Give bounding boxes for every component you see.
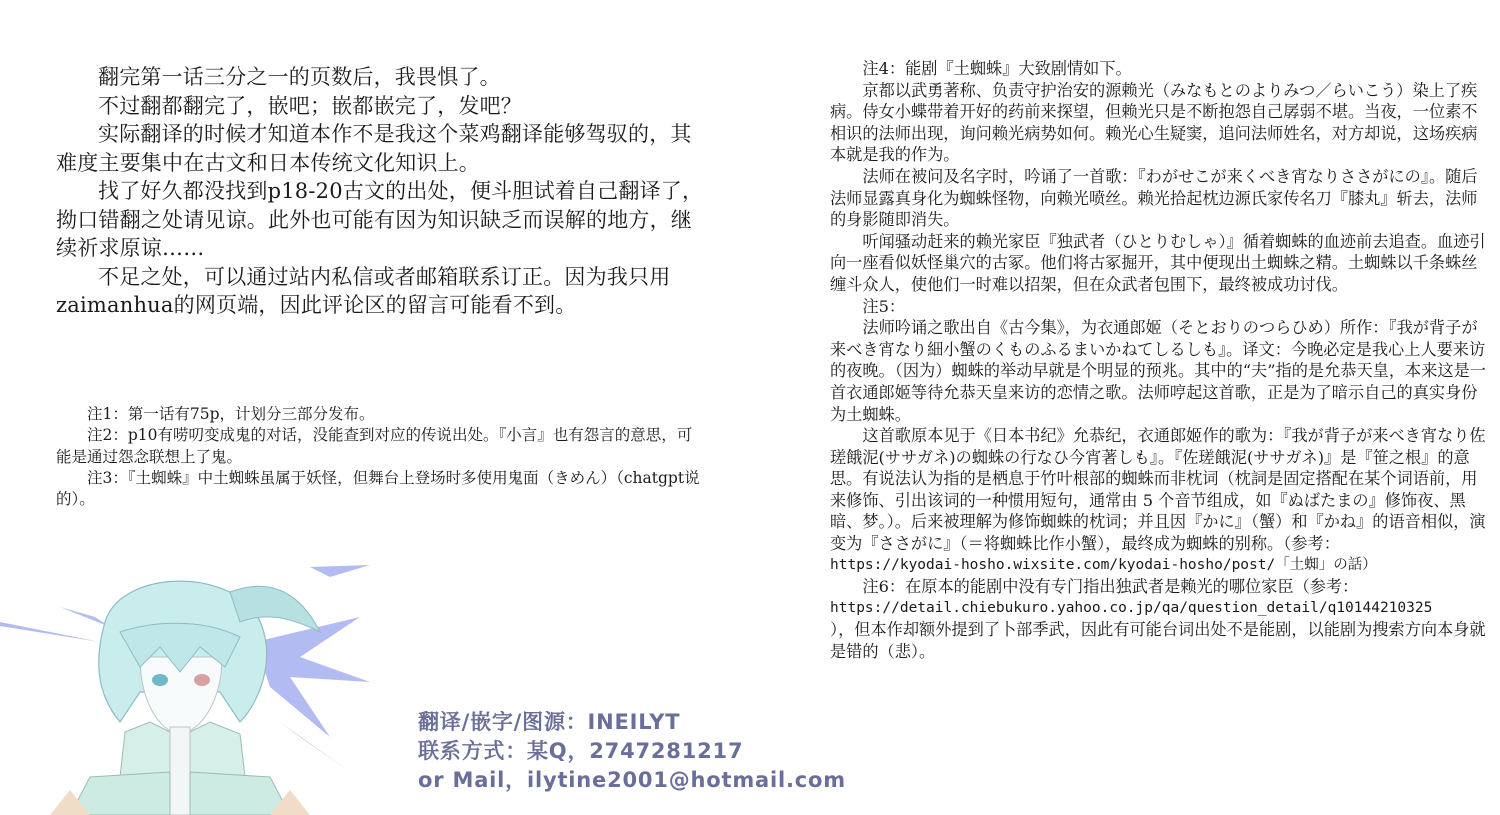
note-5-poem-source: 法师吟诵之歌出自《古今集》，为衣通郎姬（そとおりのつらひめ）所作：『我が背子が来… — [830, 317, 1490, 425]
note-6-continued: ），但本作却额外提到了卜部季武，因此有可能台词出处不是能剧，以能剧为搜索方向本身… — [830, 619, 1490, 662]
right-page: 注4：能剧『土蜘蛛』大致剧情如下。 京都以武勇著称、负责守护治安的源赖光（みなも… — [750, 0, 1500, 815]
note-4-plot-part-1: 京都以武勇著称、负责守护治安的源赖光（みなもとのよりみつ／らいこう）染上了疾病。… — [830, 80, 1490, 166]
intro-paragraph: 找了好久都没找到p18-20古文的出处，便斗胆试着自己翻译了，拗口错翻之处请见谅… — [56, 177, 706, 263]
note-2: 注2：p10有唠叨变成鬼的对话，没能查到对应的传说出处。『小言』也有怨言的意思，… — [56, 425, 706, 468]
intro-paragraph: 不过翻都翻完了，嵌吧；嵌都嵌完了，发吧？ — [56, 92, 706, 121]
note-3: 注3：『土蜘蛛』中土蜘蛛虽属于妖怪，但舞台上登场时多使用鬼面（きめん）（chat… — [56, 468, 706, 511]
note-6-reference-link[interactable]: https://detail.chiebukuro.yahoo.co.jp/qa… — [830, 598, 1490, 620]
note-4-plot-part-2: 法师在被问及名字时，吟诵了一首歌：『わがせこが来くべき宵なりささがにの』。随后法… — [830, 166, 1490, 231]
note-6: 注6：在原本的能剧中没有专门指出独武者是赖光的哪位家臣（参考： — [830, 576, 1490, 598]
translator-intro: 翻完第一话三分之一的页数后，我畏惧了。 不过翻都翻完了，嵌吧；嵌都嵌完了，发吧？… — [56, 63, 706, 320]
note-1: 注1：第一话有75p，计划分三部分发布。 — [56, 404, 706, 425]
note-5-reference-link[interactable]: https://kyodai-hosho.wixsite.com/kyodai-… — [830, 555, 1490, 577]
left-page: 翻完第一话三分之一的页数后，我畏惧了。 不过翻都翻完了，嵌吧；嵌都嵌完了，发吧？… — [0, 0, 750, 815]
character-illustration-icon — [0, 562, 380, 815]
intro-paragraph: 实际翻译的时候才知道本作不是我这个菜鸡翻译能够驾驭的，其难度主要集中在古文和日本… — [56, 120, 706, 177]
translator-notes-1-3: 注1：第一话有75p，计划分三部分发布。 注2：p10有唠叨变成鬼的对话，没能查… — [56, 404, 706, 510]
note-4-plot-part-3: 听闻骚动赶来的赖光家臣『独武者（ひとりむしゃ）』循着蜘蛛的血迹前去追查。血迹引向… — [830, 231, 1490, 296]
note-5-nihon-shoki: 这首歌原本见于《日本书纪》允恭纪，衣通郎姬作的歌为：『我が背子が来べき宵なり佐瑳… — [830, 425, 1490, 555]
character-illustration — [0, 562, 380, 815]
translator-notes-4-6: 注4：能剧『土蜘蛛』大致剧情如下。 京都以武勇著称、负责守护治安的源赖光（みなも… — [830, 58, 1490, 663]
note-5-heading: 注5： — [830, 296, 1490, 318]
intro-paragraph: 翻完第一话三分之一的页数后，我畏惧了。 — [56, 63, 706, 92]
intro-paragraph: 不足之处，可以通过站内私信或者邮箱联系订正。因为我只用zaimanhua的网页端… — [56, 263, 706, 320]
note-4-heading: 注4：能剧『土蜘蛛』大致剧情如下。 — [830, 58, 1490, 80]
